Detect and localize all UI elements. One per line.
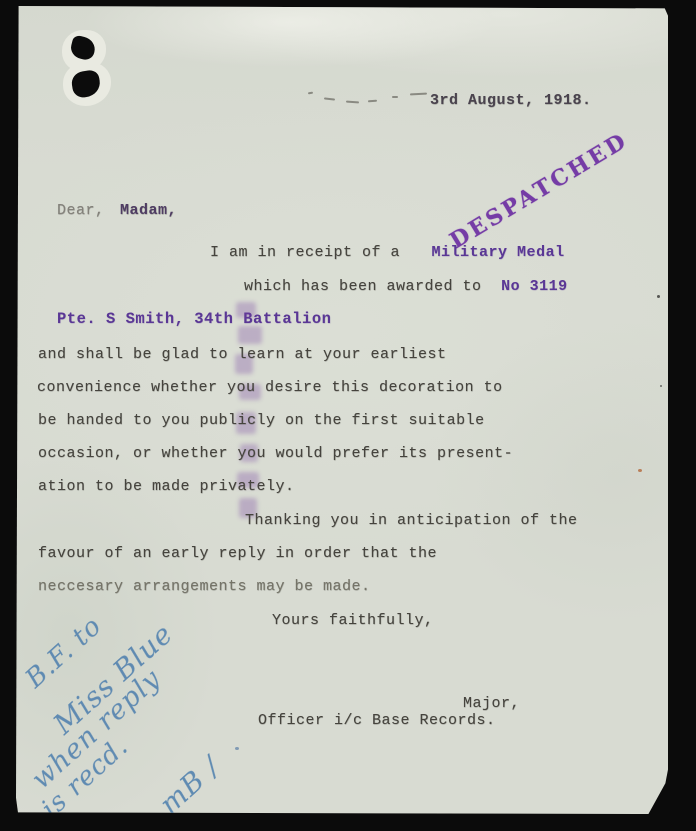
despatched-stamp: DESPATCHED — [445, 127, 632, 254]
awarded-text: which has been awarded to — [244, 278, 482, 295]
service-number: No 3119 — [501, 278, 568, 295]
pencil-mark — [368, 100, 377, 103]
pencil-mark — [410, 93, 427, 96]
salutation: Dear, Madam, — [57, 202, 177, 219]
pencil-mark — [308, 92, 313, 95]
valediction: Yours faithfully, — [272, 612, 434, 629]
receipt-text: I am in receipt of a — [210, 244, 400, 261]
ink-speck — [235, 747, 239, 750]
paper-speck — [660, 385, 662, 387]
body-line: occasion, or whether you would prefer it… — [38, 445, 513, 462]
closing-line: Thanking you in anticipation of the — [245, 512, 578, 529]
recipient-line: Pte. S Smith, 34th Battalion — [57, 310, 331, 328]
closing-line-faded: neccesary arrangements may be made. — [38, 578, 371, 595]
pencil-mark — [324, 97, 335, 100]
body-line: convenience whether you desire this deco… — [37, 379, 503, 396]
closing-line: favour of an early reply in order that t… — [38, 545, 437, 562]
bleedthrough-stamp — [238, 326, 262, 344]
pencil-mark — [392, 96, 398, 98]
salutation-madam: Madam, — [120, 202, 177, 219]
body-line: be handed to you publicly on the first s… — [38, 412, 485, 429]
signature-rank: Major, — [463, 695, 520, 712]
salutation-dear: Dear, — [57, 202, 105, 219]
receipt-line: I am in receipt of a Military Medal — [210, 244, 565, 261]
military-medal-text: Military Medal — [432, 244, 565, 261]
bleedthrough-stamp — [236, 302, 256, 318]
letter-date: 3rd August, 1918. — [430, 92, 592, 109]
letter-page: 3rd August, 1918. DESPATCHED Dear, Madam… — [16, 6, 668, 814]
body-line: ation to be made privately. — [38, 478, 295, 495]
paper-speck — [657, 295, 660, 298]
signature-title: Officer i/c Base Records. — [258, 712, 496, 729]
rust-speck — [638, 469, 642, 472]
handwritten-initials: mB / — [153, 750, 227, 821]
body-line: and shall be glad to learn at your earli… — [38, 346, 447, 363]
awarded-line: which has been awarded to No 3119 — [244, 278, 568, 295]
scanned-document: 3rd August, 1918. DESPATCHED Dear, Madam… — [0, 0, 696, 831]
pencil-mark — [346, 101, 359, 104]
